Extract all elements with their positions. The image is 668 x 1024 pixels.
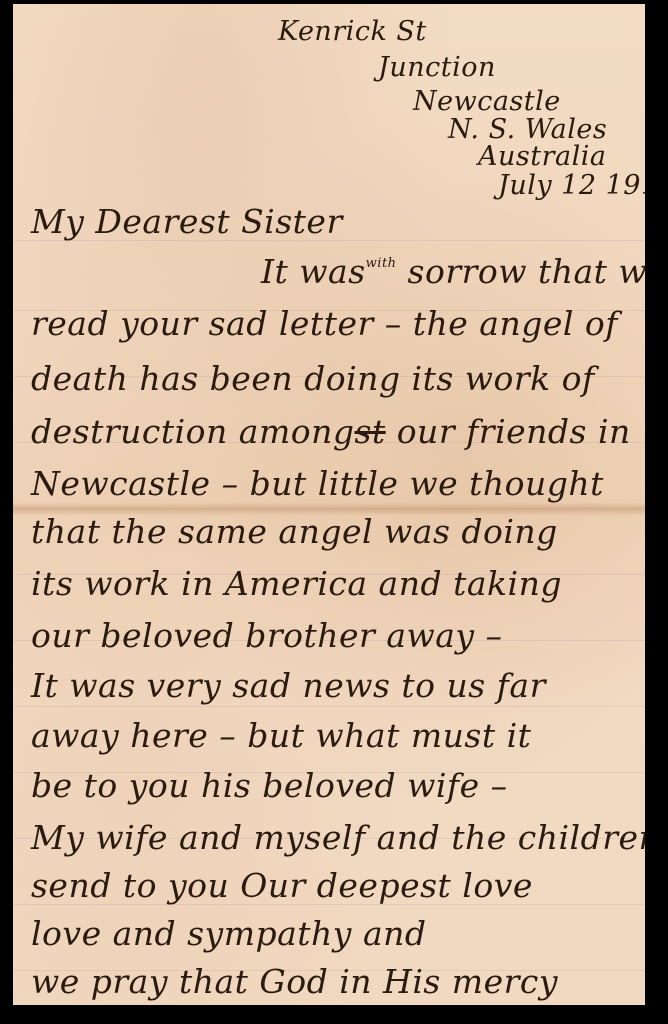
body-text: destruction among [31, 412, 355, 451]
body-text: sorrow that we [397, 252, 645, 291]
body-line: send to you Our deepest love [31, 866, 533, 905]
body-line: read your sad letter – the angel of [31, 304, 618, 343]
address-city: Newcastle [413, 86, 561, 117]
body-line: that the same angel was doing [31, 512, 558, 551]
struck-text: st [355, 412, 386, 451]
body-line: It was very sad news to us far [31, 666, 546, 705]
body-line: Newcastle – but little we thought [31, 464, 604, 503]
ruled-line [13, 508, 645, 509]
address-country: Australia [478, 141, 606, 172]
letter-date: July 12 1910 [498, 170, 645, 201]
body-line: death has been doing its work of [31, 359, 595, 398]
body-line: be to you his beloved wife – [31, 766, 508, 805]
address-locality: Junction [378, 52, 496, 83]
body-line: we pray that God in His mercy [31, 962, 558, 1001]
body-line: away here – but what must it [31, 716, 531, 755]
body-line: destruction amongst our friends in [31, 412, 631, 451]
inserted-word: with [366, 256, 397, 271]
body-line: It waswith sorrow that we [261, 252, 645, 291]
body-text: our friends in [386, 412, 631, 451]
body-line: love and sympathy and [31, 914, 427, 953]
body-text: It was [261, 252, 366, 291]
body-line: its work in America and taking [31, 564, 562, 603]
letter-page: Kenrick St Junction Newcastle N. S. Wale… [13, 4, 645, 1005]
body-line: our beloved brother away – [31, 616, 503, 655]
ruled-line [13, 706, 645, 707]
salutation: My Dearest Sister [31, 202, 343, 241]
address-street: Kenrick St [278, 16, 427, 47]
body-line: My wife and myself and the children [31, 818, 645, 857]
